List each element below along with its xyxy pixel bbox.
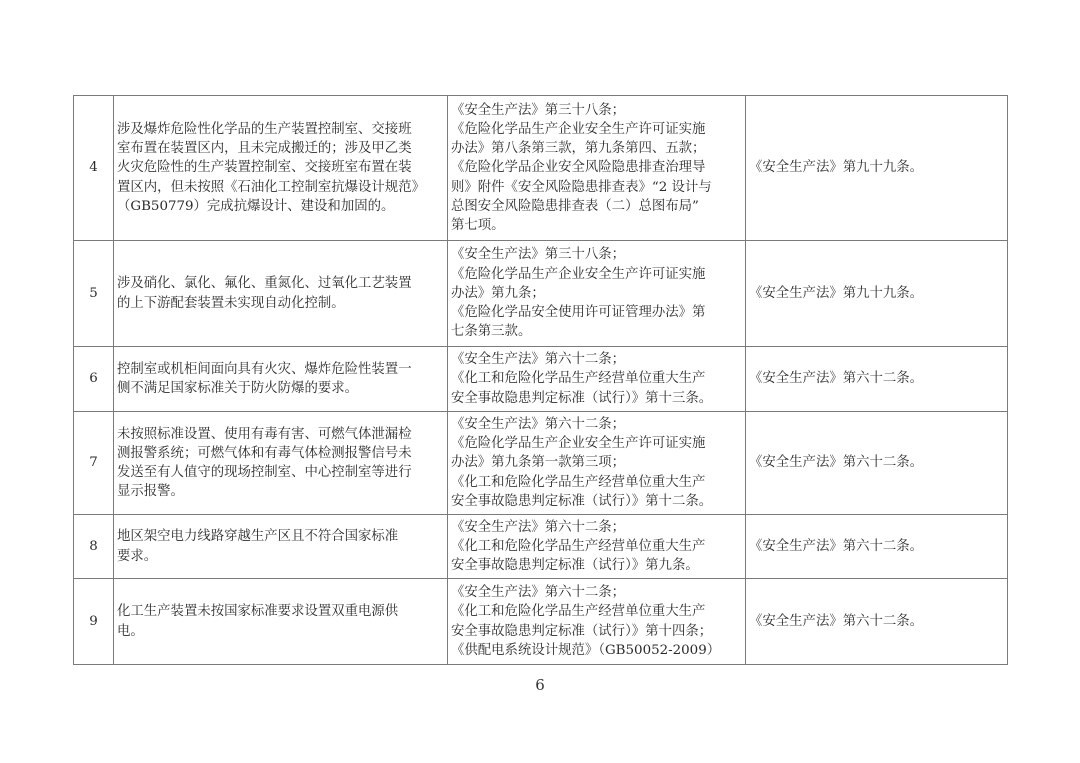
hazard-description-line: 发送至有人值守的现场控制室、中心控制室等进行 xyxy=(117,463,444,482)
hazard-description-line: 涉及硝化、氯化、氟化、重氮化、过氧化工艺装置 xyxy=(117,274,444,293)
hazard-description-line: 测报警系统；可燃气体和有毒气体检测报警信号未 xyxy=(117,444,444,463)
legal-basis-line: 《化工和危险化学品生产经营单位重大生产 xyxy=(451,602,742,621)
legal-basis-line: 《安全生产法》第六十二条； xyxy=(451,518,742,537)
page-number: 6 xyxy=(0,676,1080,694)
legal-basis-line: 《安全生产法》第六十二条； xyxy=(451,350,742,369)
legal-basis-line: 《危险化学品生产企业安全生产许可证实施 xyxy=(451,120,742,139)
hazard-description: 控制室或机柜间面向具有火灾、爆炸危险性装置一侧不满足国家标准关于防火防爆的要求。 xyxy=(114,347,448,412)
hazard-description-line: 未按照标准设置、使用有毒有害、可燃气体泄漏检 xyxy=(117,425,444,444)
legal-basis: 《安全生产法》第六十二条；《化工和危险化学品生产经营单位重大生产安全事故隐患判定… xyxy=(448,347,746,412)
penalty-basis: 《安全生产法》第六十二条。 xyxy=(746,412,1008,515)
hazard-description-line: 显示报警。 xyxy=(117,482,444,501)
legal-basis-line: 《化工和危险化学品生产经营单位重大生产 xyxy=(451,369,742,388)
row-number: 9 xyxy=(74,579,114,665)
table-row: 9化工生产装置未按国家标准要求设置双重电源供电。《安全生产法》第六十二条；《化工… xyxy=(74,579,1008,665)
hazard-description-line: 的上下游配套装置未实现自动化控制。 xyxy=(117,294,444,313)
legal-basis-line: 《危险化学品生产企业安全生产许可证实施 xyxy=(451,434,742,453)
hazard-description-line: 侧不满足国家标准关于防火防爆的要求。 xyxy=(117,379,444,398)
row-number: 5 xyxy=(74,241,114,347)
row-number: 6 xyxy=(74,347,114,412)
table-row: 7未按照标准设置、使用有毒有害、可燃气体泄漏检测报警系统；可燃气体和有毒气体检测… xyxy=(74,412,1008,515)
legal-basis-line: 安全事故隐患判定标准（试行）》第十三条。 xyxy=(451,389,742,408)
legal-basis-line: 办法》第九条； xyxy=(451,284,742,303)
legal-basis: 《安全生产法》第六十二条；《危险化学品生产企业安全生产许可证实施办法》第九条第一… xyxy=(448,412,746,515)
legal-basis-line: 七条第三款。 xyxy=(451,322,742,341)
table-row: 4涉及爆炸危险性化学品的生产装置控制室、交接班室布置在装置区内，且未完成搬迁的；… xyxy=(74,96,1008,241)
legal-basis-line: 《安全生产法》第六十二条； xyxy=(451,583,742,602)
legal-basis-line: 《化工和危险化学品生产经营单位重大生产 xyxy=(451,537,742,556)
table-row: 6控制室或机柜间面向具有火灾、爆炸危险性装置一侧不满足国家标准关于防火防爆的要求… xyxy=(74,347,1008,412)
legal-basis-line: 《供配电系统设计规范》（GB50052-2009） xyxy=(451,641,742,660)
legal-basis-line: 办法》第八条第三款，第九条第四、五款； xyxy=(451,139,742,158)
legal-basis-line: 安全事故隐患判定标准（试行）》第十四条； xyxy=(451,622,742,641)
legal-basis: 《安全生产法》第六十二条；《化工和危险化学品生产经营单位重大生产安全事故隐患判定… xyxy=(448,579,746,665)
hazard-description-line: 地区架空电力线路穿越生产区且不符合国家标准 xyxy=(117,527,444,546)
hazard-description-line: 化工生产装置未按国家标准要求设置双重电源供 xyxy=(117,602,444,621)
hazard-description: 化工生产装置未按国家标准要求设置双重电源供电。 xyxy=(114,579,448,665)
legal-basis-line: 总图安全风险隐患排查表（二）总图布局” xyxy=(451,197,742,216)
table-row: 8地区架空电力线路穿越生产区且不符合国家标准要求。《安全生产法》第六十二条；《化… xyxy=(74,515,1008,579)
hazard-description-line: 电。 xyxy=(117,622,444,641)
hazard-description: 涉及爆炸危险性化学品的生产装置控制室、交接班室布置在装置区内，且未完成搬迁的；涉… xyxy=(114,96,448,241)
hazard-description-line: （GB50779）完成抗爆设计、建设和加固的。 xyxy=(117,197,444,216)
penalty-basis: 《安全生产法》第九十九条。 xyxy=(746,96,1008,241)
legal-basis-line: 第七项。 xyxy=(451,216,742,235)
legal-basis-line: 《化工和危险化学品生产经营单位重大生产 xyxy=(451,473,742,492)
hazard-description-line: 涉及爆炸危险性化学品的生产装置控制室、交接班 xyxy=(117,120,444,139)
legal-basis: 《安全生产法》第六十二条；《化工和危险化学品生产经营单位重大生产安全事故隐患判定… xyxy=(448,515,746,579)
hazard-table: 4涉及爆炸危险性化学品的生产装置控制室、交接班室布置在装置区内，且未完成搬迁的；… xyxy=(73,95,1008,665)
legal-basis-line: 安全事故隐患判定标准（试行）》第九条。 xyxy=(451,556,742,575)
hazard-description-line: 置区内，但未按照《石油化工控制室抗爆设计规范》 xyxy=(117,178,444,197)
row-number: 7 xyxy=(74,412,114,515)
table-body: 4涉及爆炸危险性化学品的生产装置控制室、交接班室布置在装置区内，且未完成搬迁的；… xyxy=(74,96,1008,665)
legal-basis-line: 《危险化学品企业安全风险隐患排查治理导 xyxy=(451,158,742,177)
table-row: 5涉及硝化、氯化、氟化、重氮化、过氧化工艺装置的上下游配套装置未实现自动化控制。… xyxy=(74,241,1008,347)
penalty-basis: 《安全生产法》第六十二条。 xyxy=(746,347,1008,412)
penalty-basis: 《安全生产法》第九十九条。 xyxy=(746,241,1008,347)
hazard-description-line: 控制室或机柜间面向具有火灾、爆炸危险性装置一 xyxy=(117,360,444,379)
legal-basis-line: 则》附件《安全风险隐患排查表》“2 设计与 xyxy=(451,178,742,197)
legal-basis-line: 办法》第九条第一款第三项； xyxy=(451,453,742,472)
penalty-basis: 《安全生产法》第六十二条。 xyxy=(746,515,1008,579)
hazard-description: 涉及硝化、氯化、氟化、重氮化、过氧化工艺装置的上下游配套装置未实现自动化控制。 xyxy=(114,241,448,347)
penalty-basis: 《安全生产法》第六十二条。 xyxy=(746,579,1008,665)
hazard-description: 地区架空电力线路穿越生产区且不符合国家标准要求。 xyxy=(114,515,448,579)
legal-basis-line: 《安全生产法》第六十二条； xyxy=(451,415,742,434)
legal-basis: 《安全生产法》第三十八条；《危险化学品生产企业安全生产许可证实施办法》第八条第三… xyxy=(448,96,746,241)
legal-basis: 《安全生产法》第三十八条；《危险化学品生产企业安全生产许可证实施办法》第九条；《… xyxy=(448,241,746,347)
legal-basis-line: 安全事故隐患判定标准（试行）》第十二条。 xyxy=(451,492,742,511)
row-number: 4 xyxy=(74,96,114,241)
legal-basis-line: 《危险化学品安全使用许可证管理办法》第 xyxy=(451,303,742,322)
legal-basis-line: 《安全生产法》第三十八条； xyxy=(451,101,742,120)
hazard-description-line: 火灾危险性的生产装置控制室、交接班室布置在装 xyxy=(117,158,444,177)
hazard-description-line: 要求。 xyxy=(117,547,444,566)
legal-basis-line: 《安全生产法》第三十八条； xyxy=(451,245,742,264)
row-number: 8 xyxy=(74,515,114,579)
hazard-description: 未按照标准设置、使用有毒有害、可燃气体泄漏检测报警系统；可燃气体和有毒气体检测报… xyxy=(114,412,448,515)
hazard-description-line: 室布置在装置区内，且未完成搬迁的；涉及甲乙类 xyxy=(117,139,444,158)
legal-basis-line: 《危险化学品生产企业安全生产许可证实施 xyxy=(451,265,742,284)
